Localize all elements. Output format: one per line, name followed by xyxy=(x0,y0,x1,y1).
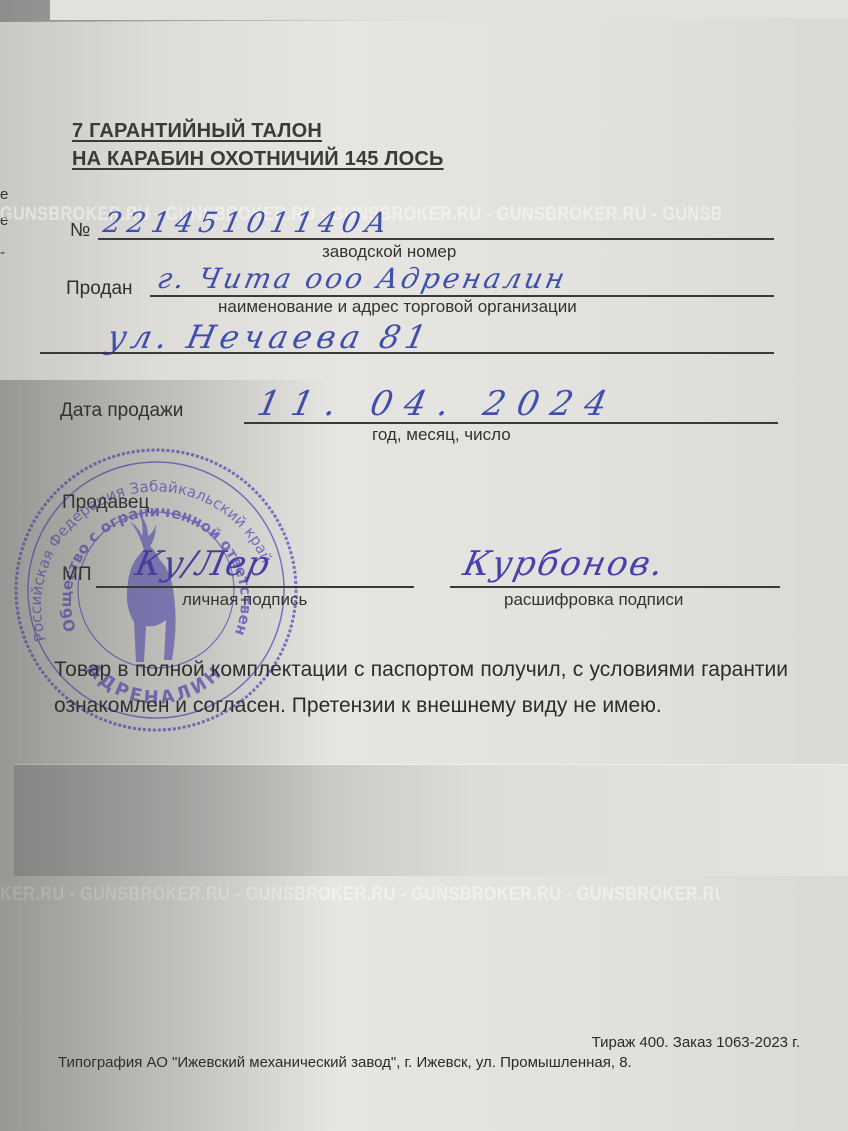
seller-label: Продавец xyxy=(62,492,149,514)
sale-date-caption: год, месяц, число xyxy=(372,425,511,445)
acknowledgement-text: Товар в полной комплектации с паспортом … xyxy=(54,652,788,724)
sale-date-value: 11. 04. 2024 xyxy=(254,384,623,424)
title-line-2: НА КАРАБИН ОХОТНИЧИЙ 145 ЛОСЬ xyxy=(72,148,444,171)
sale-date-label: Дата продажи xyxy=(60,400,183,422)
signature-decoded: Курбонов. xyxy=(460,544,669,584)
sold-by-value-2: ул. Нечаева 81 xyxy=(104,318,435,356)
sold-by-line-2 xyxy=(40,352,774,354)
title-line-1: 7 ГАРАНТИЙНЫЙ ТАЛОН xyxy=(72,120,322,143)
folded-page-edge xyxy=(14,764,848,876)
decoded-line xyxy=(450,586,780,588)
back-page-edge xyxy=(50,0,848,20)
edge-fragment: е xyxy=(0,186,8,203)
signature-caption: личная подпись xyxy=(182,590,307,610)
serial-value: 22145101140A xyxy=(100,206,395,239)
sold-by-label: Продан xyxy=(66,278,133,300)
edge-fragment: - xyxy=(0,244,5,261)
sold-by-caption: наименование и адрес торговой организаци… xyxy=(218,297,577,317)
signature-line xyxy=(96,586,414,588)
sale-date-line xyxy=(244,422,778,424)
serial-label: № xyxy=(70,220,90,242)
print-run-info: Тираж 400. Заказ 1063-2023 г. xyxy=(592,1034,800,1051)
stamp-placeholder-label: МП xyxy=(62,564,91,586)
printer-info: Типография АО "Ижевский механический зав… xyxy=(58,1054,632,1071)
serial-line xyxy=(98,238,774,240)
personal-signature: Ку/Лер xyxy=(132,544,274,584)
decoded-caption: расшифровка подписи xyxy=(504,590,683,610)
sold-by-value-1: г. Чита ооо Адреналин xyxy=(154,262,570,295)
serial-caption: заводской номер xyxy=(322,242,456,262)
watermark: KER.RU - GUNSBROKER.RU - GUNSBROKER.RU -… xyxy=(0,884,721,906)
